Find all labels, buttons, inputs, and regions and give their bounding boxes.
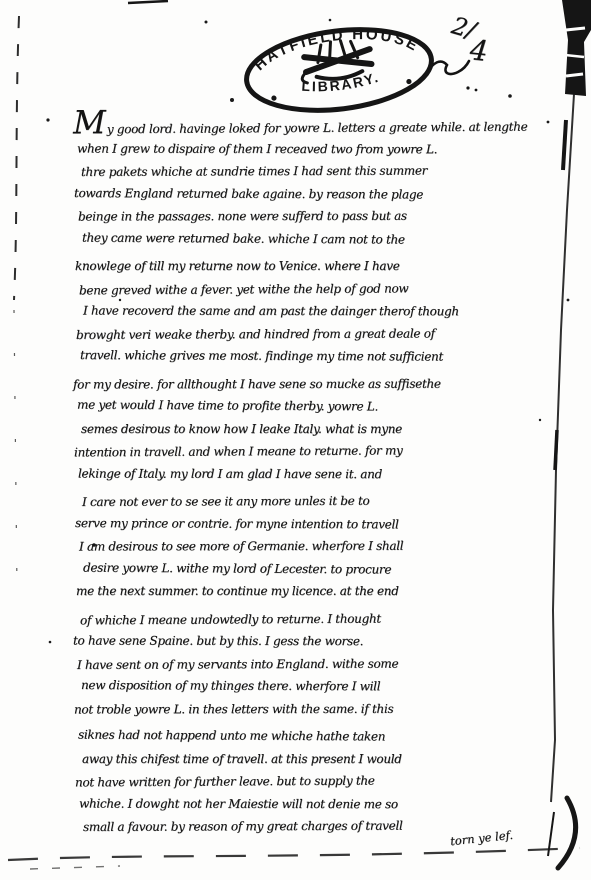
letter-line: browght veri weake therby. and hindred f… [76,322,530,347]
letter-line: me the next summer. to continue my licen… [76,580,530,604]
letter-line: when I grew to dispaire of them I receav… [77,137,531,161]
letter-line: serve my prince or contrie. for myne int… [75,512,529,537]
letter-body: My good lord. havinge loked for yowre L.… [78,112,532,841]
letter-line: I care not ever to se see it any more un… [82,489,536,514]
top-edge-mark [128,1,168,3]
corner-annotation-2: 4 [468,33,489,68]
letter-line: I am desirous to see more of Germanie. w… [79,535,533,559]
page-edge-line-bottom [8,848,580,860]
letter-line: towards England returned bake againe. by… [74,182,528,207]
letter-line: not troble yowre L. in thes letters with… [74,697,528,721]
letter-line: for my desire. for allthought I have sen… [73,372,527,396]
letter-line: knowlege of till my returne now to Venic… [75,255,529,279]
letter-line: I have recoverd the same and am past the… [83,300,537,324]
letter-line: siknes had not happend unto me whiche ha… [78,724,533,750]
page-edge-line-right [551,94,574,802]
letter-line: of whiche I meane undowtedly to returne.… [80,606,535,632]
stamp-dot-left [271,95,277,101]
page-fold-bracket [558,798,576,868]
letter-line: beinge in the passages. none were suffer… [78,205,532,229]
page-edge-shadow-top [562,0,591,96]
letter-line: intention in travell. and when I meane t… [74,439,529,465]
letter-line: I have sent on of my servants into Engla… [77,652,531,677]
letter-line: semes desirous to know how I leake Italy… [81,418,535,442]
letter-line: My good lord. havinge loked for yowre L.… [73,109,528,135]
stamp-dot-right [406,79,412,85]
letter-line: they came were returned bake. whiche I c… [82,226,537,252]
letter-line: travell. whiche grives me most. findinge… [80,344,534,369]
letter-line: away this chifest time of travell. at th… [82,748,536,772]
letter-line: whiche. I dowght not her Maiestie will n… [79,792,533,816]
letter-line: thre pakets whiche at sundrie times I ha… [81,159,535,184]
letter-line: desire yowre L. withe my lord of Leceste… [83,556,538,582]
letter-line: lekinge of Italy. my lord I am glad I ha… [78,462,532,486]
letter-line: to have sene Spaine. but by this. I gess… [73,630,527,654]
letter-line: me yet would I have time to profite ther… [77,394,532,420]
page-edge-line-left [14,16,19,300]
letter-line: bene greved withe a fever. yet withe the… [79,276,534,302]
letter-line: new disposition of my thinges there. whe… [81,674,535,699]
letter-line: not have written for further leave. but … [75,769,530,795]
manuscript-scan-page: HATFIELD HOUSE LIBRARY. 2/ 4 My good lor… [0,0,591,880]
